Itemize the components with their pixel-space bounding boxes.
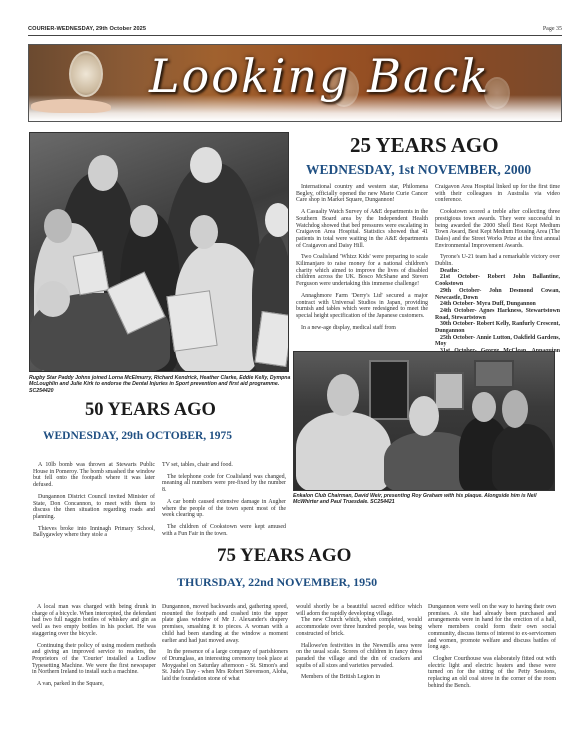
article-paragraph: A Casualty Watch Survey of A&E departmen… [296,209,428,249]
article-paragraph: Clogher Courthouse was elaborately fitte… [428,656,556,690]
deaths-label: Deaths: [435,268,560,275]
article-paragraph: A local man was charged with being drunk… [32,604,156,638]
article-paragraph: Two Coalisland 'Whizz Kids' were prepari… [296,254,428,288]
article-paragraph: The new Church which, when completed, wo… [296,617,422,637]
hand-icon [31,99,111,113]
article-column-50-1: A 10lb bomb was thrown at Stewarts Publi… [33,462,155,544]
article-paragraph: In a new-age display, medical staff from [296,325,428,332]
article-paragraph: A car bomb caused extensive damage in Au… [162,499,286,519]
group-photo-enkalon [293,351,555,491]
article-paragraph: International country and western star, … [296,184,428,204]
article-column-25-1: International country and western star, … [296,184,428,336]
section-date-50-years: WEDNESDAY, 29th OCTOBER, 1975 [43,430,232,442]
death-notice: 29th October- John Desmond Cowan, Newcas… [435,288,560,301]
article-paragraph: Members of the British Legion in [296,674,422,681]
article-paragraph: A van, parked in the Square, [32,681,156,688]
article-paragraph: The children of Cookstown were kept amus… [162,524,286,537]
photo-caption-dental: Rugby Star Paddy Johns joined Lorna McEl… [29,375,291,394]
article-paragraph: Thieves broke into Inninagh Primary Scho… [33,526,155,539]
article-paragraph: Continuing their policy of using modern … [32,643,156,677]
page-number: Page 35 [543,26,562,32]
clock-icon [69,51,103,97]
article-paragraph: would shortly be a beautiful sacred edif… [296,604,422,617]
deaths-list: Deaths: 21st October- Robert John Ballan… [435,268,560,362]
publication-date: COURIER-WEDNESDAY, 29th October 2025 [28,26,146,32]
article-paragraph: Dungannon District Council invited Minis… [33,494,155,521]
section-heading-75-years: 75 YEARS AGO [217,545,351,567]
section-date-75-years: THURSDAY, 22nd NOVEMBER, 1950 [177,575,377,590]
article-paragraph: Craigavon Area Hospital linked up for th… [435,184,560,204]
death-notice: 30th October- Robert Kelly, Ranfurly Cre… [435,321,560,334]
section-heading-50-years: 50 YEARS AGO [85,400,216,421]
article-column-25-2: Craigavon Area Hospital linked up for th… [435,184,560,362]
article-column-75-2: Dungannon, moved backwards and, gatherin… [162,604,288,688]
article-paragraph: Annaghmore Farm 'Derry's Ltd' secured a … [296,293,428,320]
section-date-25-years: WEDNESDAY, 1st NOVEMBER, 2000 [306,162,531,178]
article-paragraph: Cookstown scored a treble after collecti… [435,209,560,249]
article-paragraph: TV set, tables, chair and food. [162,462,286,469]
death-notice: 21st October- Robert John Ballantine, Co… [435,274,560,287]
article-paragraph: Dungannon, moved backwards and, gatherin… [162,604,288,644]
looking-back-banner: Looking Back [28,44,562,122]
death-notice: 24th October- Agnes Harkness, Stewartsto… [435,308,560,321]
article-paragraph: A 10lb bomb was thrown at Stewarts Publi… [33,462,155,489]
article-column-75-3: would shortly be a beautiful sacred edif… [296,604,422,686]
article-paragraph: Hallowe'en festivities in the Newmills a… [296,643,422,670]
group-photo-dental [29,132,289,372]
article-paragraph: Dungannon were well on the way to having… [428,604,556,651]
section-heading-25-years: 25 YEARS AGO [350,133,499,158]
article-column-75-1: A local man was charged with being drunk… [32,604,156,693]
death-notice: 25th October- Annie Lutton, Oakfield Gar… [435,335,560,348]
article-paragraph: In the presence of a large company of pa… [162,649,288,683]
article-column-75-4: Dungannon were well on the way to having… [428,604,556,694]
death-notice: 24th October- Myra Duff, Dungannon [435,301,560,308]
article-paragraph: Tyrone's U-21 team had a remarkable vict… [435,254,560,267]
photo-caption-enkalon: Enkalon Club Chairman, David Weir, prese… [293,493,555,506]
article-paragraph: The telephone code for Coalisland was ch… [162,474,286,494]
banner-title: Looking Back [149,49,490,103]
article-column-50-2: TV set, tables, chair and food. The tele… [162,462,286,542]
